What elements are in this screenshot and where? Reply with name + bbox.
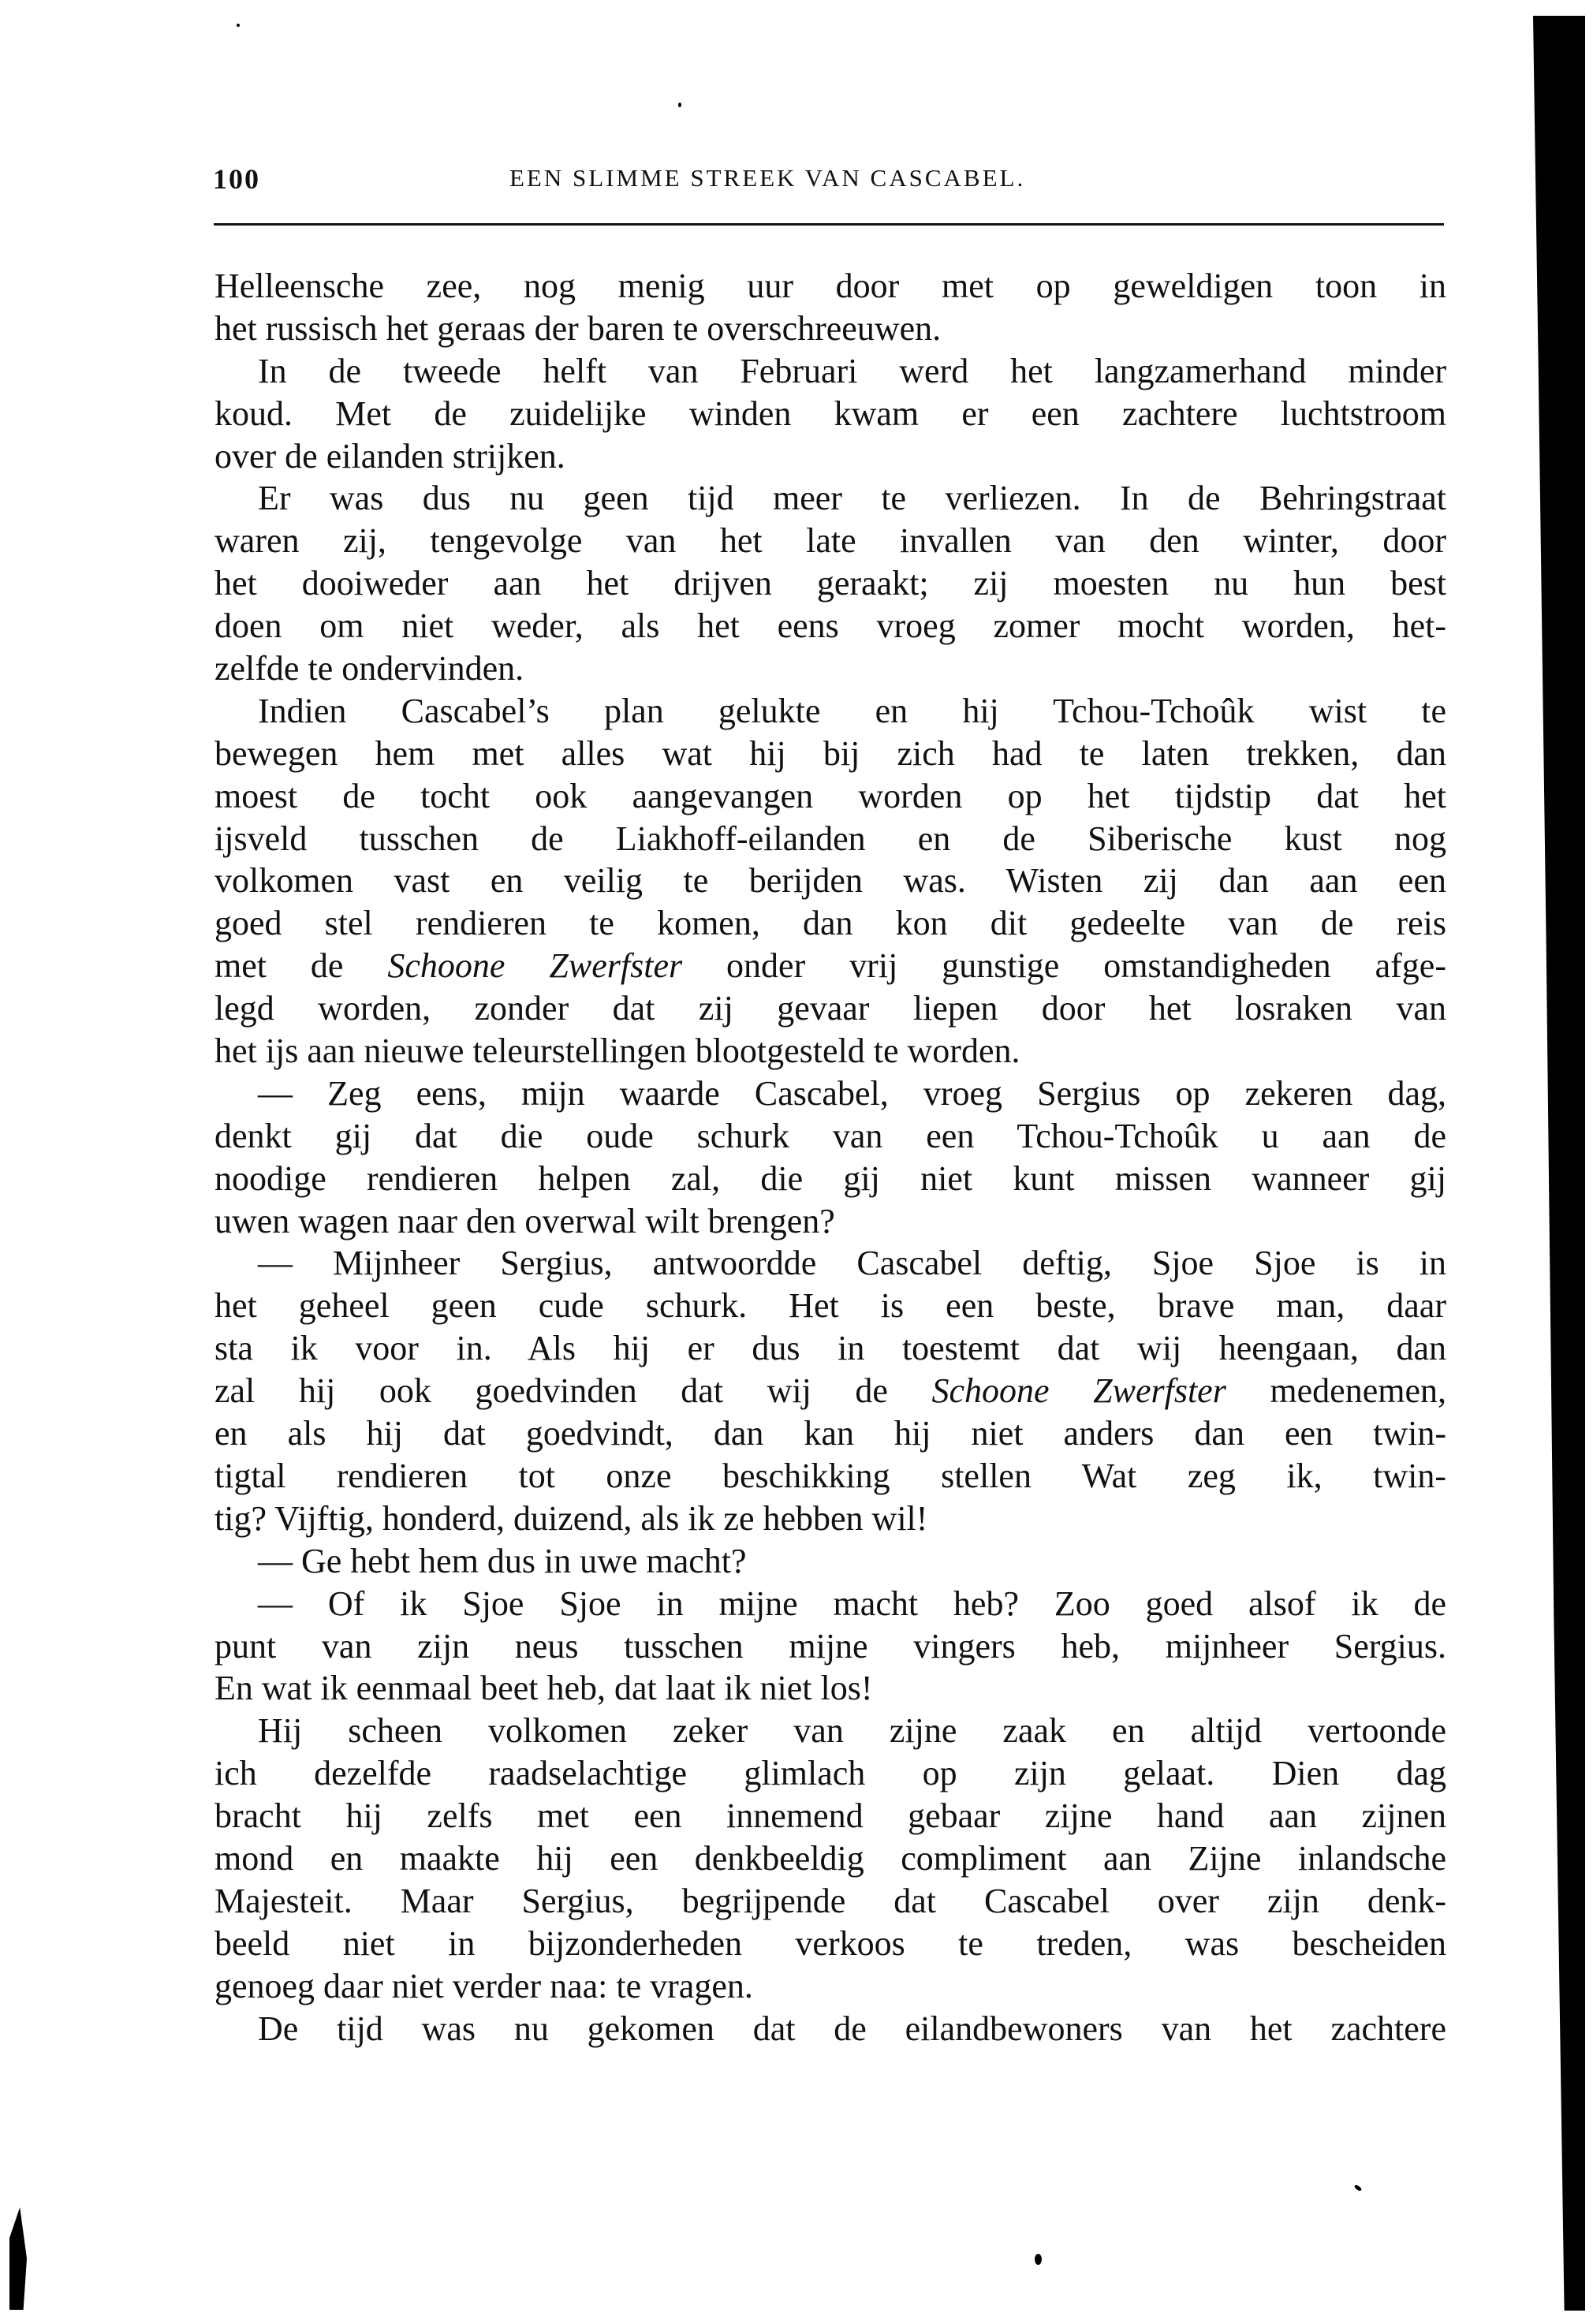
text-line: ijsveld tusschen de Liakhoff-eilanden en… xyxy=(215,818,1446,860)
text-line: — Ge hebt hem dus in uwe macht? xyxy=(215,1540,1446,1583)
page-number: 100 xyxy=(213,162,260,196)
scan-speck xyxy=(1353,2184,1362,2192)
text-line: bewegen hem met alles wat hij bij zich h… xyxy=(215,733,1446,775)
running-title: EEN SLIMME STREEK VAN CASCABEL. xyxy=(509,164,1025,192)
text-line: Er was dus nu geen tijd meer te verlieze… xyxy=(215,477,1446,520)
text-line: het dooiweder aan het drijven geraakt; z… xyxy=(215,562,1446,605)
text-line: en als hij dat goedvindt, dan kan hij ni… xyxy=(215,1412,1446,1455)
scanned-book-page: 100 EEN SLIMME STREEK VAN CASCABEL. Hell… xyxy=(0,0,1593,2324)
text-line: zelfde te ondervinden. xyxy=(215,647,1446,690)
text-line: — Of ik Sjoe Sjoe in mijne macht heb? Zo… xyxy=(215,1583,1446,1625)
text-line: noodige rendieren helpen zal, die gij ni… xyxy=(215,1158,1446,1200)
text-line: genoeg daar niet verder naa: te vragen. xyxy=(215,1965,1446,2008)
text-line: koud. Met de zuidelijke winden kwam er e… xyxy=(215,393,1446,435)
text-line: ich dezelfde raadselachtige glimlach op … xyxy=(215,1752,1446,1795)
text-line: De tijd was nu gekomen dat de eilandbewo… xyxy=(215,2008,1446,2050)
body-text: Helleensche zee, nog menig uur door met … xyxy=(215,265,1446,2050)
text-line: het russisch het geraas der baren te ove… xyxy=(215,308,1446,350)
text-line: Indien Cascabel’s plan gelukte en hij Tc… xyxy=(215,690,1446,733)
text-line: over de eilanden strijken. xyxy=(215,435,1446,478)
text-line: zal hij ook goedvinden dat wij de Schoon… xyxy=(215,1370,1446,1412)
text-line: punt van zijn neus tusschen mijne vinger… xyxy=(215,1625,1446,1668)
text-line: tigtal rendieren tot onze beschikking st… xyxy=(215,1455,1446,1498)
text-line: denkt gij dat die oude schurk van een Tc… xyxy=(215,1115,1446,1158)
text-line: het geheel geen cude schurk. Het is een … xyxy=(215,1285,1446,1327)
text-line: moest de tocht ook aangevangen worden op… xyxy=(215,775,1446,818)
scan-speck xyxy=(678,103,681,107)
text-line: doen om niet weder, als het eens vroeg z… xyxy=(215,605,1446,647)
text-line: met de Schoone Zwerfster onder vrij guns… xyxy=(215,945,1446,987)
text-line: uwen wagen naar den overwal wilt brengen… xyxy=(215,1200,1446,1243)
text-line: sta ik voor in. Als hij er dus in toeste… xyxy=(215,1327,1446,1370)
text-line: — Mijnheer Sergius, antwoordde Cascabel … xyxy=(215,1242,1446,1285)
text-line: En wat ik eenmaal beet heb, dat laat ik … xyxy=(215,1667,1446,1710)
ship-name: Schoone Zwerfster xyxy=(387,946,682,985)
scan-shadow-right xyxy=(1533,16,1585,2311)
text-line: In de tweede helft van Februari werd het… xyxy=(215,350,1446,393)
scan-shadow-left xyxy=(9,2207,27,2310)
ship-name: Schoone Zwerfster xyxy=(932,1371,1226,1410)
text-line: mond en maakte hij een denkbeeldig compl… xyxy=(215,1837,1446,1880)
header-rule xyxy=(214,223,1444,226)
text-line: Majesteit. Maar Sergius, begrijpende dat… xyxy=(215,1880,1446,1923)
text-line: het ijs aan nieuwe teleurstellingen bloo… xyxy=(215,1030,1446,1072)
text-line: Hij scheen volkomen zeker van zijne zaak… xyxy=(215,1710,1446,1752)
scan-speck xyxy=(1035,2254,1042,2265)
text-line: Helleensche zee, nog menig uur door met … xyxy=(215,265,1446,308)
scan-speck xyxy=(237,24,240,27)
text-line: beeld niet in bijzonderheden verkoos te … xyxy=(215,1923,1446,1965)
text-line: — Zeg eens, mijn waarde Cascabel, vroeg … xyxy=(215,1072,1446,1115)
text-line: bracht hij zelfs met een innemend gebaar… xyxy=(215,1795,1446,1837)
text-line: tig? Vijftig, honderd, duizend, als ik z… xyxy=(215,1498,1446,1540)
text-line: volkomen vast en veilig te berijden was.… xyxy=(215,860,1446,902)
text-line: legd worden, zonder dat zij gevaar liepe… xyxy=(215,987,1446,1030)
text-line: goed stel rendieren te komen, dan kon di… xyxy=(215,902,1446,945)
running-head: 100 EEN SLIMME STREEK VAN CASCABEL. xyxy=(213,158,1451,197)
text-line: waren zij, tengevolge van het late inval… xyxy=(215,520,1446,562)
